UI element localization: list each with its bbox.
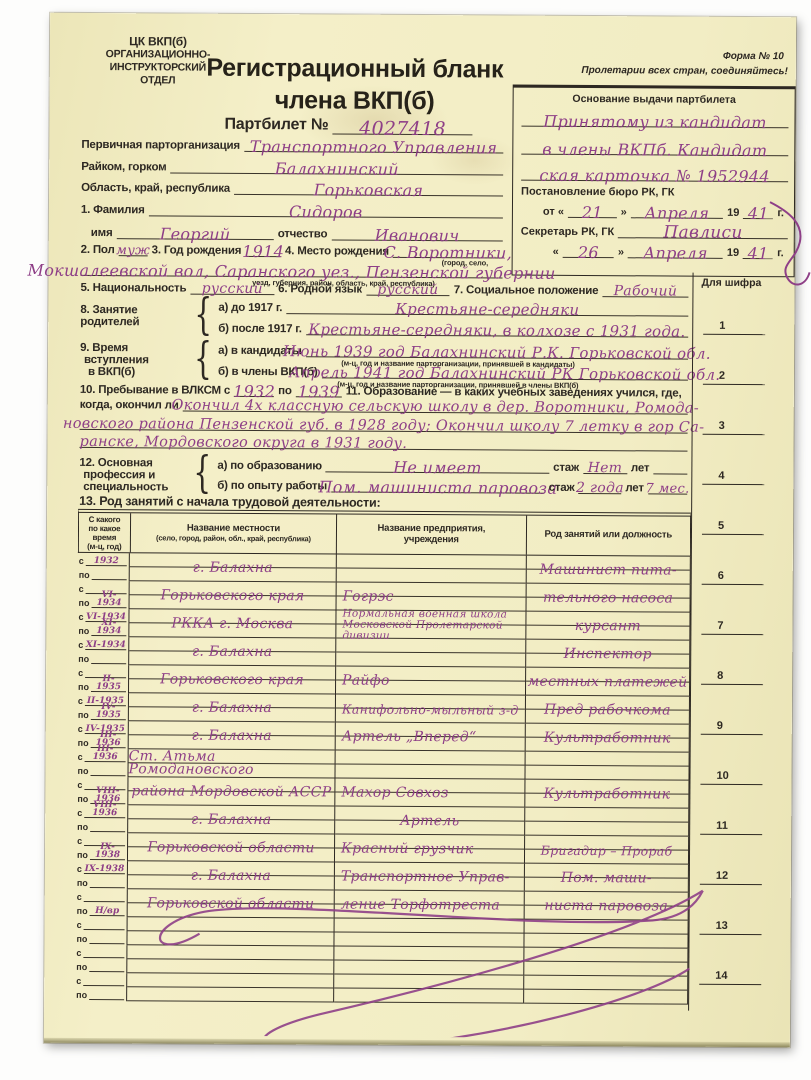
- prof-education-value: Не имеет: [393, 460, 482, 476]
- table-row: спо: [75, 917, 688, 949]
- form-number: Форма № 10: [723, 51, 784, 62]
- cipher-number: 13: [700, 920, 762, 935]
- issue-hw-line3: ская карточка № 1952944: [539, 168, 769, 184]
- table-row: споII-1935 Горьковского края Райфо местн…: [77, 665, 690, 697]
- raikom-value: Балахнинский: [275, 161, 399, 177]
- table-row: сVIII-1936по г. Балахна Артель: [76, 805, 689, 837]
- let-label: лет: [621, 482, 648, 494]
- quote-mark: »: [614, 246, 628, 258]
- table-row: споН/вр Горьковской области ление Торфот…: [76, 889, 689, 921]
- prof-education-label: а) по образованию: [217, 460, 326, 473]
- year-prefix: 19: [723, 207, 743, 219]
- issue-day: 26: [578, 245, 599, 260]
- quote-mark: «: [553, 246, 563, 258]
- primary-org-label: Первичная парторганизация: [81, 139, 244, 152]
- issue-basis-box: Основание выдачи партбилета Принятому из…: [512, 85, 796, 278]
- parents-label-line2: родителей: [80, 316, 143, 328]
- parents-before-label: а) до 1917 г.: [218, 302, 286, 314]
- section13-title: 13. Род занятий с начала трудовой деятел…: [79, 494, 384, 510]
- scanned-page: ЦК ВКП(б) ОРГАНИЗАЦИОННО- ИНСТРУКТОРСКИЙ…: [0, 0, 811, 1080]
- staz-label: стаж: [545, 482, 579, 494]
- birth-place-label: 4. Место рождения: [281, 245, 393, 258]
- year-suffix: г.: [773, 207, 788, 219]
- join-label-line3: в ВКП(б): [88, 366, 139, 378]
- partbilet-label: Партбилет №: [224, 116, 332, 135]
- table-row: сII-1935поIV-1935 г. Балахна Канифольно-…: [77, 693, 690, 725]
- table-row: сXI-1934по г. Балахна Инспектор: [77, 637, 690, 669]
- surname-label: 1. Фамилия: [81, 204, 149, 216]
- slogan: Пролетарии всех стран, соединяйтесь!: [581, 65, 787, 77]
- cipher-number: 5: [702, 520, 764, 535]
- table-row: с1932по г. Балахна Машинист пита-: [78, 553, 691, 585]
- header-period: С какогопо какоевремя(м-ц, год): [79, 513, 131, 552]
- table-row: споIX-1938 Горьковской области Красный г…: [76, 833, 689, 865]
- cipher-number: 6: [702, 570, 764, 585]
- table-row: сVI-1934поXI-1934 РККА г. Москва Нормаль…: [77, 609, 690, 641]
- form-title-line1: Регистрационный бланк: [200, 52, 510, 86]
- resolution-date-row: от « 21 » Апреля 19 41 г.: [543, 200, 788, 219]
- cipher-number: 3: [703, 420, 765, 435]
- secretary-signature: Павлиси: [663, 225, 742, 240]
- prof-experience-staz: 2 года: [576, 481, 624, 496]
- year-prefix: 19: [723, 247, 743, 259]
- cipher-number: 8: [701, 670, 763, 685]
- parents-after-value: Крестьяне-середняки, в колхозе с 1931 го…: [308, 322, 685, 339]
- org-line: ЦК ВКП(б): [78, 35, 238, 49]
- table-row: сIII-1936по Ст. Атьма Ромодановского: [76, 749, 689, 781]
- prof-education-staz: Нет: [588, 461, 623, 476]
- primary-org-value: Транспортного Управления: [250, 139, 498, 156]
- issue-date-row: « 26 » Апреля 19 41 г.: [553, 240, 788, 259]
- oblast-value: Горьковская: [314, 182, 424, 198]
- cipher-title: Для шифра: [701, 277, 761, 289]
- year-suffix: г.: [773, 247, 788, 259]
- form-title: Регистрационный бланк члена ВКП(б): [200, 52, 510, 118]
- nationality-label: 5. Национальность: [80, 282, 190, 295]
- oblast-label: Область, край, республика: [81, 182, 234, 195]
- cipher-number: 11: [700, 820, 762, 835]
- issue-year: 41: [748, 246, 769, 261]
- cipher-number: 9: [701, 720, 763, 735]
- resolution-day: 21: [582, 205, 603, 220]
- sex-label: 2. Пол: [81, 244, 119, 256]
- issue-month: Апреля: [643, 245, 708, 260]
- employment-table: С какогопо какоевремя(м-ц, год) Название…: [75, 509, 691, 1005]
- issue-hw-line2: в члены ВКПб. Кандидат: [542, 142, 767, 158]
- cipher-number: 1: [703, 320, 765, 335]
- staz-label: стаж: [549, 462, 583, 474]
- education-label2: когда, окончил ли: [80, 399, 183, 412]
- table-row: спо: [75, 973, 688, 1005]
- resolution-month: Апреля: [645, 205, 710, 220]
- sex-value: муж: [116, 243, 150, 258]
- surname-value: Сидоров: [289, 204, 363, 219]
- table-row: сIX-1938по г. Балахна Транспортное Управ…: [76, 861, 689, 893]
- cipher-number: 14: [699, 970, 761, 985]
- issue-hw-line1: Принятому из кандидат: [543, 114, 767, 130]
- quote-mark: »: [617, 206, 631, 218]
- employment-table-header: С какогопо какоевремя(м-ц, год) Название…: [78, 509, 691, 557]
- header-occupation: Род занятий или должность: [526, 516, 690, 556]
- brace-glyph: {: [194, 333, 212, 384]
- registration-form-paper: ЦК ВКП(б) ОРГАНИЗАЦИОННО- ИНСТРУКТОРСКИЙ…: [44, 13, 796, 1048]
- let-label: лет: [627, 462, 654, 474]
- birth-year-value: 1914: [242, 244, 284, 259]
- cipher-column: Для шифра 1 2 3 4 5 6 7 8 9 10 11 12 13 …: [688, 273, 794, 1012]
- cipher-number: 7: [701, 620, 763, 635]
- cipher-number: 10: [700, 770, 762, 785]
- date-pre: от «: [543, 206, 568, 218]
- prof-experience-months: 7 мес.: [645, 481, 689, 496]
- resolution-year: 41: [748, 206, 769, 221]
- secretary-row: Секретарь РК, ГК Павлиси: [521, 220, 788, 240]
- cipher-number: 2: [703, 370, 765, 385]
- header-enterprise: Название предприятия,учреждения: [337, 514, 527, 554]
- table-row: споVIII-1936 района Мордовской АССР Махо…: [76, 777, 689, 809]
- partbilet-row: Партбилет № 4027418: [224, 116, 524, 136]
- issue-box-title: Основание выдачи партбилета: [514, 93, 795, 107]
- resolution-label: Постановление бюро РК, ГК: [521, 186, 678, 199]
- parents-before-value: Крестьяне-середняки: [395, 302, 579, 318]
- cipher-number: 12: [700, 870, 762, 885]
- header-locality: Название местности(село, город, район, о…: [131, 513, 338, 553]
- parents-after-label: б) после 1917 г.: [218, 323, 306, 336]
- social-label: 7. Социальное положение: [450, 284, 603, 297]
- secretary-label: Секретарь РК, ГК: [521, 226, 618, 239]
- parents-label2-row: родителей: [80, 310, 143, 328]
- raikom-label: Райком, горком: [81, 161, 170, 174]
- education-hw3: ранске, Мордовского округа в 1931 году.: [79, 435, 407, 452]
- table-row: спо: [75, 945, 688, 977]
- form-title-line2: члена ВКП(б): [200, 84, 510, 118]
- cipher-number: 4: [702, 470, 764, 485]
- birth-year-label: 3. Год рождения: [148, 244, 246, 257]
- language-label: 6. Родной язык: [274, 283, 366, 296]
